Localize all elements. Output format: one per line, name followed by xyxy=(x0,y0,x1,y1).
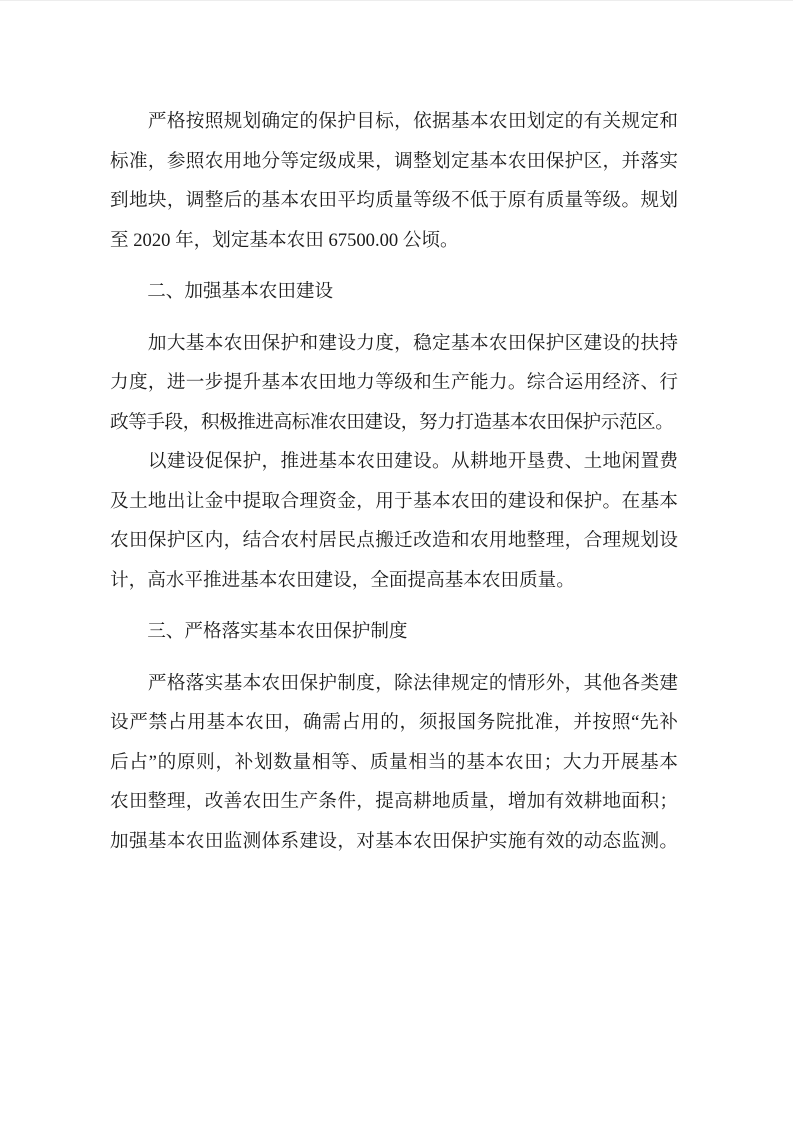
text-line: 设严禁占用基本农田，确需占用的，须报国务院批准，并按照“先补 xyxy=(110,703,678,743)
text-line: 加大基本农田保护和建设力度，稳定基本农田保护区建设的扶持 xyxy=(110,324,678,364)
section-heading: 二、加强基本农田建设 xyxy=(110,272,678,312)
text-line: 加强基本农田监测体系建设，对基本农田保护实施有效的动态监测。 xyxy=(110,822,678,862)
paragraph: 以建设促保护，推进基本农田建设。从耕地开垦费、土地闲置费及土地出让金中提取合理资… xyxy=(110,442,678,600)
document-page: 严格按照规划确定的保护目标，依据基本农田划定的有关规定和标准，参照农用地分等定级… xyxy=(0,0,793,1122)
text-line: 及土地出让金中提取合理资金，用于基本农田的建设和保护。在基本 xyxy=(110,482,678,522)
text-line: 严格落实基本农田保护制度，除法律规定的情形外，其他各类建 xyxy=(110,664,678,704)
text-line: 标准，参照农用地分等定级成果，调整划定基本农田保护区，并落实 xyxy=(110,142,678,182)
text-line: 严格按照规划确定的保护目标，依据基本农田划定的有关规定和 xyxy=(110,102,678,142)
text-line: 农田整理，改善农田生产条件，提高耕地质量，增加有效耕地面积； xyxy=(110,782,678,822)
document-body: 严格按照规划确定的保护目标，依据基本农田划定的有关规定和标准，参照农用地分等定级… xyxy=(110,102,678,861)
text-line: 至 2020 年，划定基本农田 67500.00 公顷。 xyxy=(110,221,678,261)
paragraph: 加大基本农田保护和建设力度，稳定基本农田保护区建设的扶持力度，进一步提升基本农田… xyxy=(110,324,678,443)
text-line: 政等手段，积极推进高标准农田建设，努力打造基本农田保护示范区。 xyxy=(110,403,678,443)
text-line: 以建设促保护，推进基本农田建设。从耕地开垦费、土地闲置费 xyxy=(110,442,678,482)
section-heading: 三、严格落实基本农田保护制度 xyxy=(110,612,678,652)
text-line: 三、严格落实基本农田保护制度 xyxy=(110,612,678,652)
paragraph: 严格按照规划确定的保护目标，依据基本农田划定的有关规定和标准，参照农用地分等定级… xyxy=(110,102,678,260)
paragraph: 严格落实基本农田保护制度，除法律规定的情形外，其他各类建设严禁占用基本农田，确需… xyxy=(110,664,678,862)
text-line: 后占”的原则，补划数量相等、质量相当的基本农田；大力开展基本 xyxy=(110,743,678,783)
text-line: 计，高水平推进基本农田建设，全面提高基本农田质量。 xyxy=(110,561,678,601)
text-line: 二、加强基本农田建设 xyxy=(110,272,678,312)
text-line: 力度，进一步提升基本农田地力等级和生产能力。综合运用经济、行 xyxy=(110,363,678,403)
text-line: 到地块，调整后的基本农田平均质量等级不低于原有质量等级。规划 xyxy=(110,181,678,221)
text-line: 农田保护区内，结合农村居民点搬迁改造和农用地整理，合理规划设 xyxy=(110,521,678,561)
